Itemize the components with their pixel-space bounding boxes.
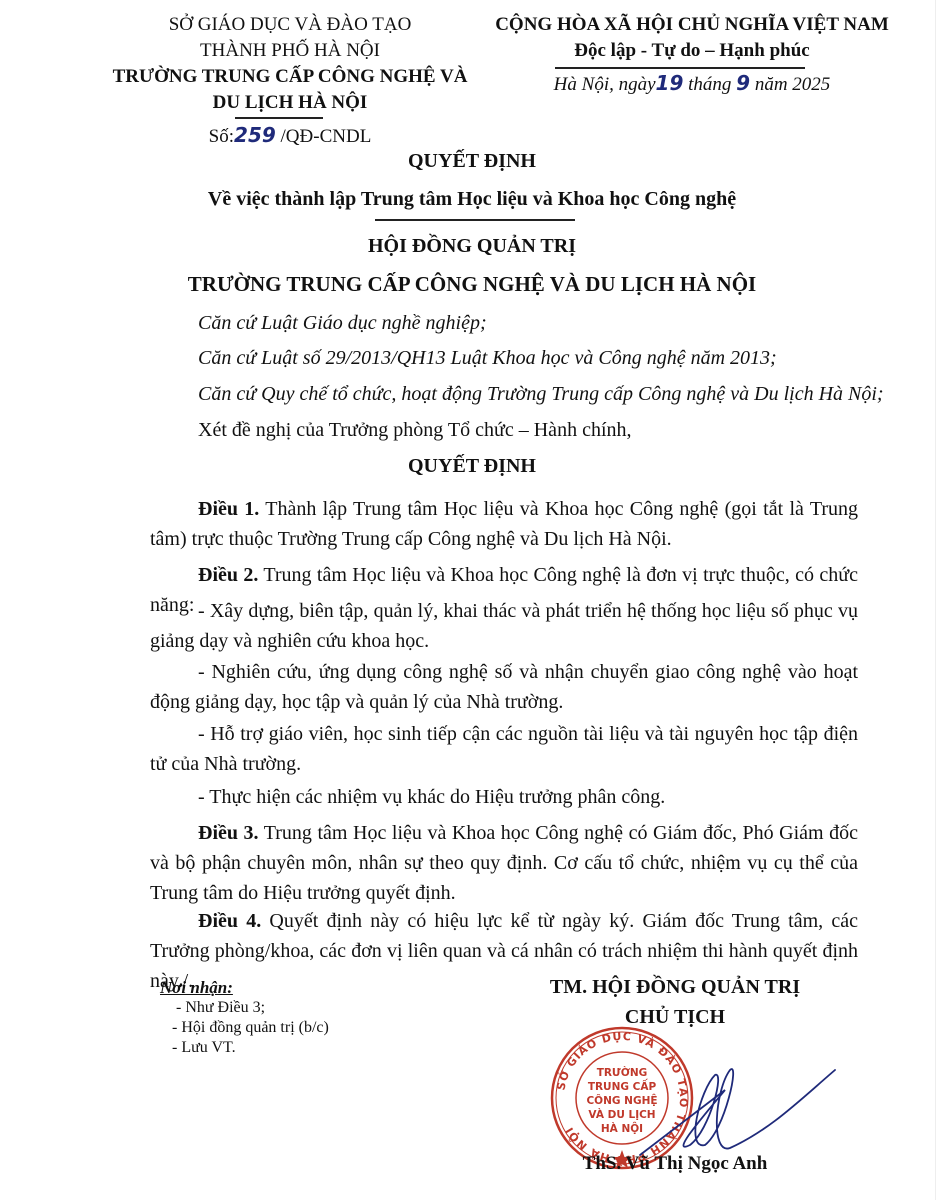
document-subject: Về việc thành lập Trung tâm Học liệu và …	[0, 188, 944, 211]
function-item-3: - Hỗ trợ giáo viên, học sinh tiếp cận cá…	[150, 719, 858, 779]
subject-main: Trung tâm Học liệu và Khoa học Công nghệ	[361, 188, 736, 210]
signer-name: ThS. Vũ Thị Ngọc Anh	[510, 1153, 840, 1175]
nation-name: CỘNG HÒA XÃ HỘI CHỦ NGHĨA VIỆT NAM	[482, 12, 902, 38]
number-handwritten: 259	[234, 123, 276, 147]
recipients-label: Nơi nhận:	[160, 978, 329, 998]
function-text: - Thực hiện các nhiệm vụ khác do Hiệu tr…	[198, 786, 665, 808]
agency-line-1: SỞ GIÁO DỤC VÀ ĐÀO TẠO	[60, 12, 520, 38]
recipients-block: Nơi nhận: - Như Điều 3; - Hội đồng quản …	[160, 978, 329, 1058]
agency-line-2: THÀNH PHỐ HÀ NỘI	[60, 38, 520, 64]
recipient-item: - Hội đồng quản trị (b/c)	[160, 1018, 329, 1038]
recipient-item: - Lưu VT.	[160, 1038, 329, 1058]
date-month-label: tháng	[688, 74, 731, 95]
decision-heading: QUYẾT ĐỊNH	[0, 455, 944, 478]
school-name-line-2: DU LỊCH HÀ NỘI	[60, 90, 520, 116]
function-item-1: - Xây dựng, biên tập, quản lý, khai thác…	[150, 596, 858, 656]
article-3: Điều 3. Trung tâm Học liệu và Khoa học C…	[150, 818, 858, 908]
authority-line-2: TRƯỜNG TRUNG CẤP CÔNG NGHỆ VÀ DU LỊCH HÀ…	[0, 272, 944, 297]
school-name-line-1: TRƯỜNG TRUNG CẤP CÔNG NGHỆ VÀ	[60, 64, 520, 90]
date-day-handwritten: 19	[656, 71, 684, 95]
proposal-line: Xét đề nghị của Trưởng phòng Tổ chức – H…	[198, 419, 632, 442]
function-text: - Nghiên cứu, ứng dụng công nghệ số và n…	[150, 661, 858, 713]
date-year: năm 2025	[755, 74, 830, 95]
article-label: Điều 2.	[198, 564, 258, 586]
function-item-2: - Nghiên cứu, ứng dụng công nghệ số và n…	[150, 657, 858, 717]
article-1: Điều 1. Thành lập Trung tâm Học liệu và …	[150, 494, 858, 554]
function-text: - Hỗ trợ giáo viên, học sinh tiếp cận cá…	[150, 723, 858, 775]
article-label: Điều 4.	[198, 910, 261, 932]
legal-basis-1: Căn cứ Luật Giáo dục nghề nghiệp;	[198, 312, 487, 335]
date-month-handwritten: 9	[736, 71, 750, 95]
issue-date: Hà Nội, ngày19 tháng 9 năm 2025	[482, 70, 902, 98]
national-header-block: CỘNG HÒA XÃ HỘI CHỦ NGHĨA VIỆT NAM Độc l…	[482, 12, 902, 98]
authority-line-1: HỘI ĐỒNG QUẢN TRỊ	[0, 235, 944, 258]
legal-basis-2: Căn cứ Luật số 29/2013/QH13 Luật Khoa họ…	[198, 347, 777, 370]
function-item-4: - Thực hiện các nhiệm vụ khác do Hiệu tr…	[150, 782, 858, 812]
motto-underline	[555, 67, 805, 69]
article-label: Điều 1.	[198, 498, 259, 520]
date-prefix: Hà Nội, ngày	[554, 74, 656, 95]
number-suffix: /QĐ-CNDL	[281, 126, 372, 147]
recipient-item: - Như Điều 3;	[160, 998, 329, 1018]
legal-basis-3: Căn cứ Quy chế tổ chức, hoạt động Trường…	[198, 383, 884, 406]
document-title: QUYẾT ĐỊNH	[0, 150, 944, 173]
subject-prefix: Về việc thành lập	[208, 188, 361, 210]
scan-edge	[935, 0, 936, 1200]
document-number: Số:259 /QĐ-CNDL	[60, 122, 520, 150]
subject-underline	[375, 219, 575, 221]
signature-block: TM. HỘI ĐỒNG QUẢN TRỊ CHỦ TỊCH	[510, 972, 840, 1032]
article-label: Điều 3.	[198, 822, 259, 844]
agency-divider	[235, 117, 323, 119]
handwritten-signature-icon	[630, 1030, 840, 1170]
function-text: - Xây dựng, biên tập, quản lý, khai thác…	[150, 600, 858, 652]
on-behalf-of: TM. HỘI ĐỒNG QUẢN TRỊ	[510, 972, 840, 1002]
issuing-agency-block: SỞ GIÁO DỤC VÀ ĐÀO TẠO THÀNH PHỐ HÀ NỘI …	[60, 12, 520, 150]
national-motto: Độc lập - Tự do – Hạnh phúc	[482, 38, 902, 64]
number-prefix: Số:	[209, 126, 234, 147]
